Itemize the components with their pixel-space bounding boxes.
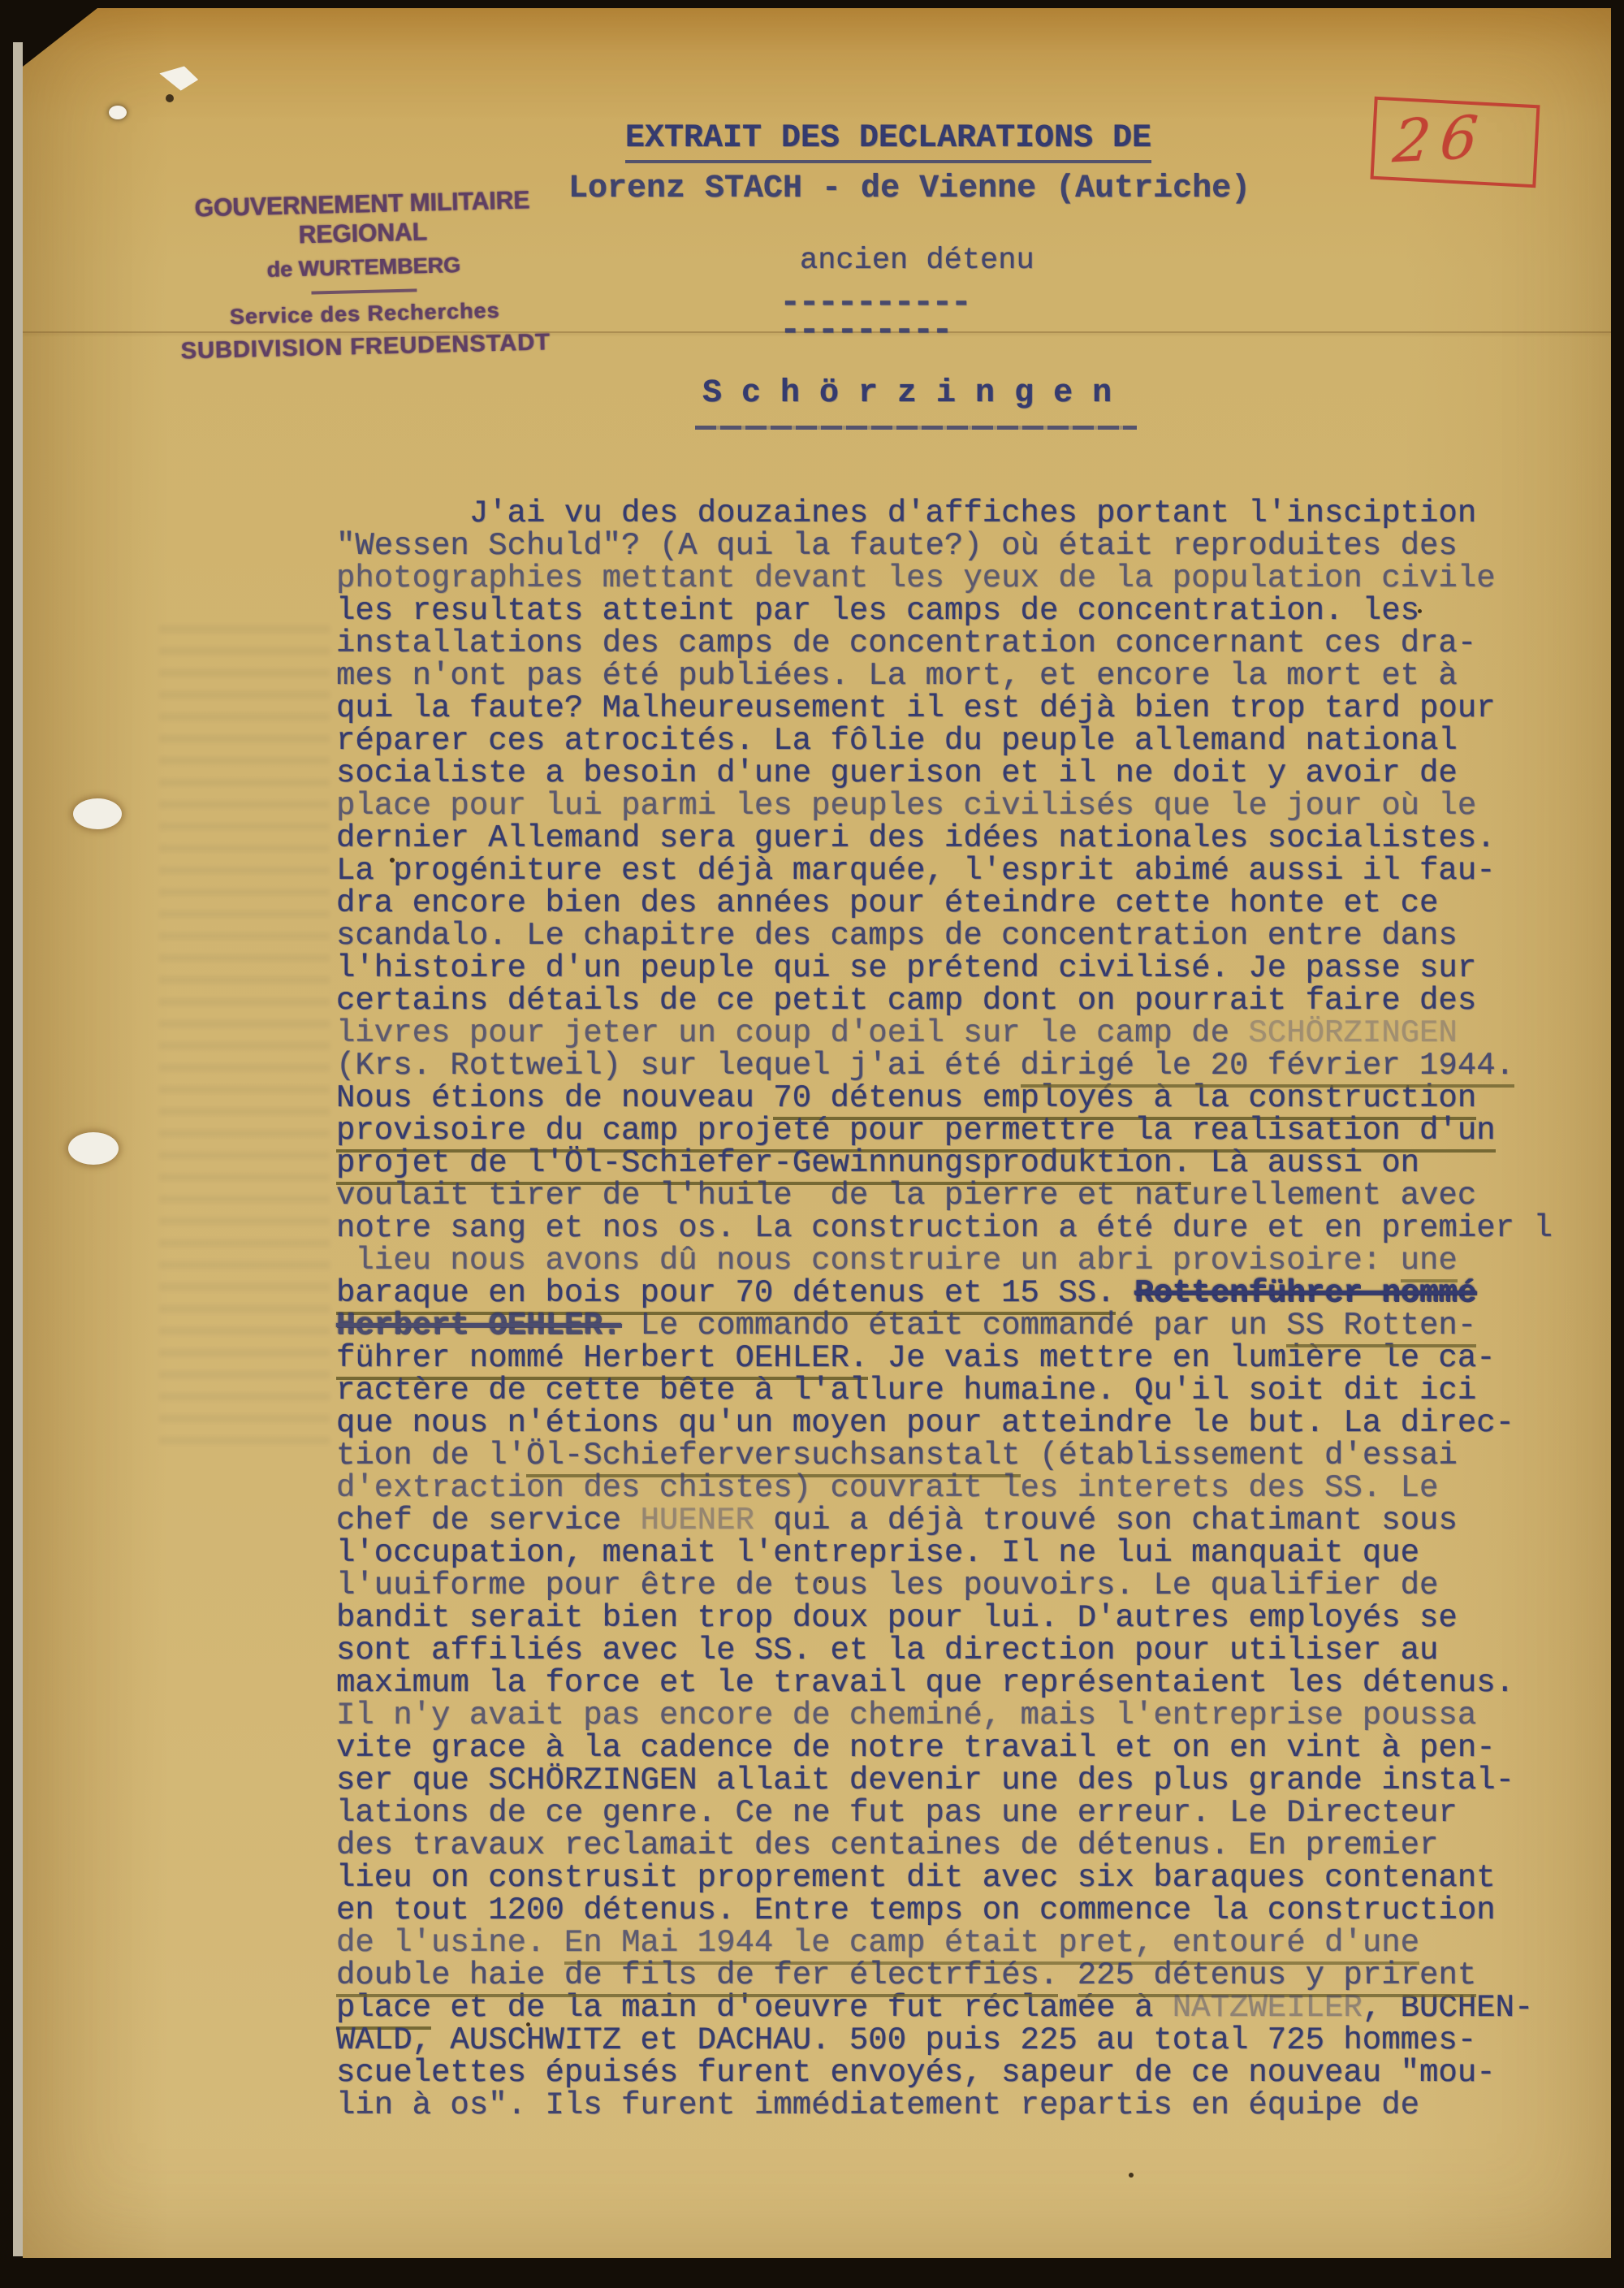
typed-text: livres pour jeter un coup d'oeil sur le … xyxy=(336,1015,1248,1051)
body-text: J'ai vu des douzaines d'affiches portant… xyxy=(336,497,1603,2121)
body-line: chef de service HUENER qui a déjà trouvé… xyxy=(336,1504,1603,1537)
body-line: WALD, AUSCHWITZ et DACHAU. 500 puis 225 … xyxy=(336,2024,1603,2057)
body-line: provisoire du camp projeté pour permettr… xyxy=(336,1114,1603,1147)
typed-text: chef de service xyxy=(336,1503,640,1538)
stamp-line-4: SUBDIVISION FREUDENSTADT xyxy=(138,328,594,366)
stamp-line-1: GOUVERNEMENT MILITAIRE REGIONAL xyxy=(135,184,591,253)
typed-dashes: --------- xyxy=(780,310,951,351)
typed-text: tion de l' xyxy=(336,1438,526,1473)
body-line: sont affiliés avec le SS. et la directio… xyxy=(336,1634,1603,1667)
faded-text: NATZWEILER xyxy=(1173,1990,1363,2026)
section-title: S c h ö r z i n g e n xyxy=(702,375,1112,412)
typed-text: Nous étions de nouveau xyxy=(336,1080,773,1116)
stamp-divider xyxy=(311,288,417,294)
body-line: bandit serait bien trop doux pour lui. D… xyxy=(336,1602,1603,1634)
pencil-underlined-text: SS Rotten- xyxy=(1286,1308,1476,1347)
body-line: en tout 1200 détenus. Entre temps on com… xyxy=(336,1894,1603,1927)
stamp-line-2: de WURTEMBERG xyxy=(136,249,591,286)
page-number: 26 xyxy=(1391,102,1491,176)
body-line: vite grace à la cadence de notre travail… xyxy=(336,1732,1603,1764)
typed-text: bandit serait bien trop doux pour lui. D… xyxy=(336,1600,1458,1636)
paper-speck xyxy=(1129,2173,1134,2178)
body-line: Il n'y avait pas encore de cheminé, mais… xyxy=(336,1699,1603,1732)
paper-speck xyxy=(818,1580,822,1583)
typed-text: Le commando était commandé par un xyxy=(621,1308,1286,1343)
body-line: La progéniture est déjà marquée, l'espri… xyxy=(336,854,1603,887)
body-line: lieu nous avons dû nous construire un ab… xyxy=(336,1244,1603,1277)
punch-hole xyxy=(68,1132,119,1165)
typed-text: scandalo. Le chapitre des camps de conce… xyxy=(336,918,1458,954)
typed-text: d'extraction des chistes) couvrait les i… xyxy=(336,1470,1438,1506)
struck-text: Herbert OEHLER. xyxy=(336,1308,621,1343)
body-line: que nous n'étions qu'un moyen pour attei… xyxy=(336,1407,1603,1439)
typed-text: maximum la force et le travail que repré… xyxy=(336,1665,1514,1701)
office-stamp: GOUVERNEMENT MILITAIRE REGIONAL de WURTE… xyxy=(135,186,594,366)
body-line: certains détails de ce petit camp dont o… xyxy=(336,984,1603,1017)
body-line: notre sang et nos os. La construction a … xyxy=(336,1212,1603,1244)
pencil-underlined-text: une xyxy=(1401,1243,1458,1282)
paper-speck xyxy=(390,858,395,863)
typed-text: l'occupation, menait l'entreprise. Il ne… xyxy=(336,1535,1419,1571)
scanned-document: GOUVERNEMENT MILITAIRE REGIONAL de WURTE… xyxy=(0,0,1624,2288)
body-line: (Krs. Rottweil) sur lequel j'ai été diri… xyxy=(336,1049,1603,1082)
typed-text: installations des camps de concentration… xyxy=(336,625,1476,661)
body-line: l'histoire d'un peuple qui se prétend ci… xyxy=(336,952,1603,984)
body-line: tion de l'Öl-Schieferversuchsanstalt (ét… xyxy=(336,1439,1603,1472)
typed-text: Il n'y avait pas encore de cheminé, mais… xyxy=(336,1698,1476,1733)
typed-text: notre sang et nos os. La construction a … xyxy=(336,1210,1553,1246)
typed-text: voulait tirer de l'huile de la pierre et… xyxy=(336,1178,1476,1213)
typed-text: lieu nous avons dû nous construire un ab… xyxy=(336,1243,1401,1278)
punch-hole xyxy=(73,798,122,829)
stamp-line-3: Service des Recherches xyxy=(137,296,593,332)
typed-text: l'histoire d'un peuple qui se prétend ci… xyxy=(336,950,1476,986)
paper-speck xyxy=(1418,609,1422,613)
body-line: ractère de cette bête à l'allure humaine… xyxy=(336,1374,1603,1407)
body-line: dra encore bien des années pour éteindre… xyxy=(336,887,1603,919)
page-number-box: 26 xyxy=(1370,97,1540,188)
document-title: EXTRAIT DES DECLARATIONS DE xyxy=(625,120,1151,163)
typed-text: lin à os". Ils furent immédiatement repa… xyxy=(336,2087,1419,2123)
typed-text: (Krs. Rottweil) sur lequel j'ai été xyxy=(336,1048,1021,1083)
typed-text: mes n'ont pas été publiées. La mort, et … xyxy=(336,658,1458,694)
declarant-role: ancien détenu xyxy=(800,244,1034,278)
typed-text: place pour lui parmi les peuples civilis… xyxy=(336,788,1476,824)
paper-tear xyxy=(109,106,127,119)
typed-text xyxy=(1116,1275,1134,1311)
body-line: l'occupation, menait l'entreprise. Il ne… xyxy=(336,1537,1603,1569)
body-line: mes n'ont pas été publiées. La mort, et … xyxy=(336,660,1603,692)
typed-text: l'uuiforme pour être de tous les pouvoir… xyxy=(336,1568,1438,1603)
typed-text: les resultats atteint par les camps de c… xyxy=(336,593,1419,629)
body-line: qui la faute? Malheureusement il est déj… xyxy=(336,692,1603,724)
typed-text: certains détails de ce petit camp dont o… xyxy=(336,983,1476,1019)
body-line: voulait tirer de l'huile de la pierre et… xyxy=(336,1179,1603,1212)
typed-text: (établissement d'essai xyxy=(1021,1438,1458,1473)
typed-text: réparer ces atrocités. La fôlie du peupl… xyxy=(336,723,1458,759)
body-line: scandalo. Le chapitre des camps de conce… xyxy=(336,919,1603,952)
typed-text: dernier Allemand sera gueri des idées na… xyxy=(336,820,1496,856)
scan-edge-bottom xyxy=(0,2258,1624,2288)
body-line: de l'usine. En Mai 1944 le camp était pr… xyxy=(336,1927,1603,1959)
body-line: livres pour jeter un coup d'oeil sur le … xyxy=(336,1017,1603,1049)
typed-text: WALD, AUSCHWITZ et DACHAU. 500 puis 225 … xyxy=(336,2022,1476,2058)
document-page: GOUVERNEMENT MILITAIRE REGIONAL de WURTE… xyxy=(23,8,1611,2258)
typed-text: "Wessen Schuld"? (A qui la faute?) où ét… xyxy=(336,528,1458,564)
body-line: réparer ces atrocités. La fôlie du peupl… xyxy=(336,724,1603,757)
body-line: ser que SCHÖRZINGEN allait devenir une d… xyxy=(336,1764,1603,1797)
body-line: "Wessen Schuld"? (A qui la faute?) où ét… xyxy=(336,530,1603,562)
body-line: photographies mettant devant les yeux de… xyxy=(336,562,1603,595)
body-line: Herbert OEHLER. Le commando était comman… xyxy=(336,1309,1603,1342)
typed-text: dra encore bien des années pour éteindre… xyxy=(336,885,1438,921)
body-line: lieu on construsit proprement dit avec s… xyxy=(336,1862,1603,1894)
body-line: les resultats atteint par les camps de c… xyxy=(336,595,1603,627)
body-line: installations des camps de concentration… xyxy=(336,627,1603,660)
typed-text: ser que SCHÖRZINGEN allait devenir une d… xyxy=(336,1762,1514,1798)
pencil-smudge xyxy=(159,625,330,1454)
faded-text: SCHÖRZINGEN xyxy=(1248,1015,1457,1051)
paper-tear xyxy=(157,59,201,94)
typed-text: photographies mettant devant les yeux de… xyxy=(336,560,1496,596)
typed-text: vite grace à la cadence de notre travail… xyxy=(336,1730,1496,1766)
body-line: lin à os". Ils furent immédiatement repa… xyxy=(336,2089,1603,2121)
pencil-underlined-text: dirigé le 20 février 1944. xyxy=(1021,1048,1515,1088)
body-line: l'uuiforme pour être de tous les pouvoir… xyxy=(336,1569,1603,1602)
typed-text: lations de ce genre. Ce ne fut pas une e… xyxy=(336,1795,1458,1831)
typed-text: de l'usine. xyxy=(336,1925,564,1961)
typed-text: ractère de cette bête à l'allure humaine… xyxy=(336,1373,1476,1408)
scan-edge-top xyxy=(0,0,1624,8)
typed-text: socialiste a besoin d'une guerison et il… xyxy=(336,755,1458,791)
typed-text: scuelettes épuisés furent envoyés, sapeu… xyxy=(336,2055,1496,2091)
paper-edge xyxy=(13,42,23,2256)
typed-text xyxy=(1058,1957,1077,1993)
body-line: lations de ce genre. Ce ne fut pas une e… xyxy=(336,1797,1603,1829)
body-line: scuelettes épuisés furent envoyés, sapeu… xyxy=(336,2057,1603,2089)
typed-text: La progéniture est déjà marquée, l'espri… xyxy=(336,853,1496,889)
pencil-underlined-text: double haie de fils de fer électrfiés. xyxy=(336,1957,1058,1997)
body-line: des travaux reclamait des centaines de d… xyxy=(336,1829,1603,1862)
paper-speck xyxy=(166,94,174,102)
scan-edge-right xyxy=(1611,0,1624,2288)
body-line: double haie de fils de fer électrfiés. 2… xyxy=(336,1959,1603,1992)
typed-text: Là aussi on xyxy=(1191,1145,1419,1181)
typed-text: J'ai vu des douzaines d'affiches portant… xyxy=(336,495,1476,531)
typed-text: qui a déjà trouvé son chatimant sous xyxy=(754,1503,1458,1538)
body-line: dernier Allemand sera gueri des idées na… xyxy=(336,822,1603,854)
faded-text: HUENER xyxy=(640,1503,754,1538)
typed-text: sont affiliés avec le SS. et la directio… xyxy=(336,1633,1438,1668)
typed-text: en tout 1200 détenus. Entre temps on com… xyxy=(336,1892,1496,1928)
body-line: socialiste a besoin d'une guerison et il… xyxy=(336,757,1603,789)
body-line: maximum la force et le travail que repré… xyxy=(336,1667,1603,1699)
body-line: d'extraction des chistes) couvrait les i… xyxy=(336,1472,1603,1504)
typed-text: des travaux reclamait des centaines de d… xyxy=(336,1827,1438,1863)
typed-text: lieu on construsit proprement dit avec s… xyxy=(336,1860,1496,1896)
typed-text: qui la faute? Malheureusement il est déj… xyxy=(336,690,1496,726)
section-title-underline xyxy=(695,426,1137,430)
paper-speck xyxy=(526,2022,530,2026)
body-line: place pour lui parmi les peuples civilis… xyxy=(336,789,1603,822)
typed-text: que nous n'étions qu'un moyen pour attei… xyxy=(336,1405,1514,1441)
body-line: J'ai vu des douzaines d'affiches portant… xyxy=(336,497,1603,530)
declarant-name: Lorenz STACH - de Vienne (Autriche) xyxy=(568,171,1250,207)
body-line: projet de l'Öl-Schiefer-Gewinnungsproduk… xyxy=(336,1147,1603,1179)
